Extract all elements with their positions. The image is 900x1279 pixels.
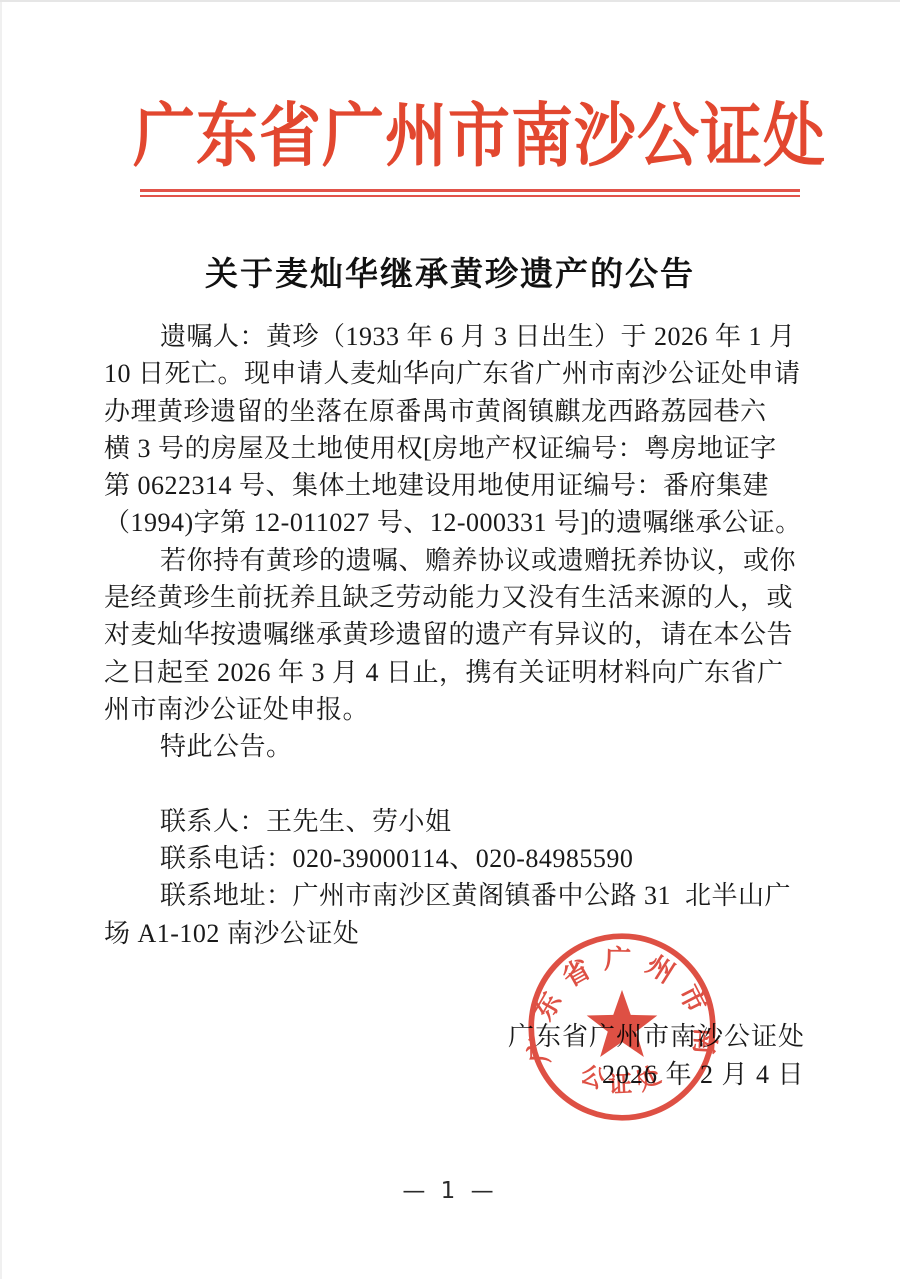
- body-line: 横 3 号的房屋及土地使用权[房地产权证编号：粤房地证字: [104, 430, 804, 467]
- notice-title: 关于麦灿华继承黄珍遗产的公告: [0, 248, 900, 295]
- body-text: 遗嘱人：黄珍（1933 年 6 月 3 日出生）于 2026 年 1 月10 日…: [104, 318, 804, 952]
- body-line: [104, 766, 804, 803]
- body-line: 特此公告。: [104, 728, 804, 765]
- seal-bottom-text-node: 公证处: [577, 1058, 673, 1099]
- document-page: 广东省广州市南沙公证处 关于麦灿华继承黄珍遗产的公告 遗嘱人：黄珍（1933 年…: [0, 0, 900, 1279]
- page-number: — 1 —: [0, 1178, 900, 1204]
- body-line: 联系电话：020-39000114、020-84985590: [104, 840, 804, 877]
- letterhead-rule: [140, 189, 800, 197]
- body-line: （1994)字第 12-011027 号、12-000331 号]的遗嘱继承公证…: [104, 504, 804, 541]
- body-line: 若你持有黄珍的遗嘱、赡养协议或遗赠抚养协议，或你: [104, 542, 804, 579]
- body-line: 是经黄珍生前抚养且缺乏劳动能力又没有生活来源的人，或: [104, 579, 804, 616]
- body-line: 对麦灿华按遗嘱继承黄珍遗留的遗产有异议的，请在本公告: [104, 616, 804, 653]
- body-line: 遗嘱人：黄珍（1933 年 6 月 3 日出生）于 2026 年 1 月: [104, 318, 804, 355]
- body-line: 第 0622314 号、集体土地建设用地使用证编号：番府集建: [104, 467, 804, 504]
- body-line: 之日起至 2026 年 3 月 4 日止，携有关证明材料向广东省广: [104, 654, 804, 691]
- body-line: 办理黄珍遗留的坐落在原番禺市黄阁镇麒龙西路荔园巷六: [104, 393, 804, 430]
- body-line: 联系地址：广州市南沙区黄阁镇番中公路 31 北半山广: [104, 877, 804, 914]
- seal-bottom-text: 公证处: [577, 1058, 673, 1099]
- official-seal: 广东省广州市南沙 公证处: [524, 929, 720, 1125]
- body-line: 州市南沙公证处申报。: [104, 691, 804, 728]
- body-line: 10 日死亡。现申请人麦灿华向广东省广州市南沙公证处申请: [104, 355, 804, 392]
- letterhead-title: 广东省广州市南沙公证处: [133, 80, 827, 180]
- seal-star-icon: [587, 990, 658, 1057]
- body-line: 联系人：王先生、劳小姐: [104, 803, 804, 840]
